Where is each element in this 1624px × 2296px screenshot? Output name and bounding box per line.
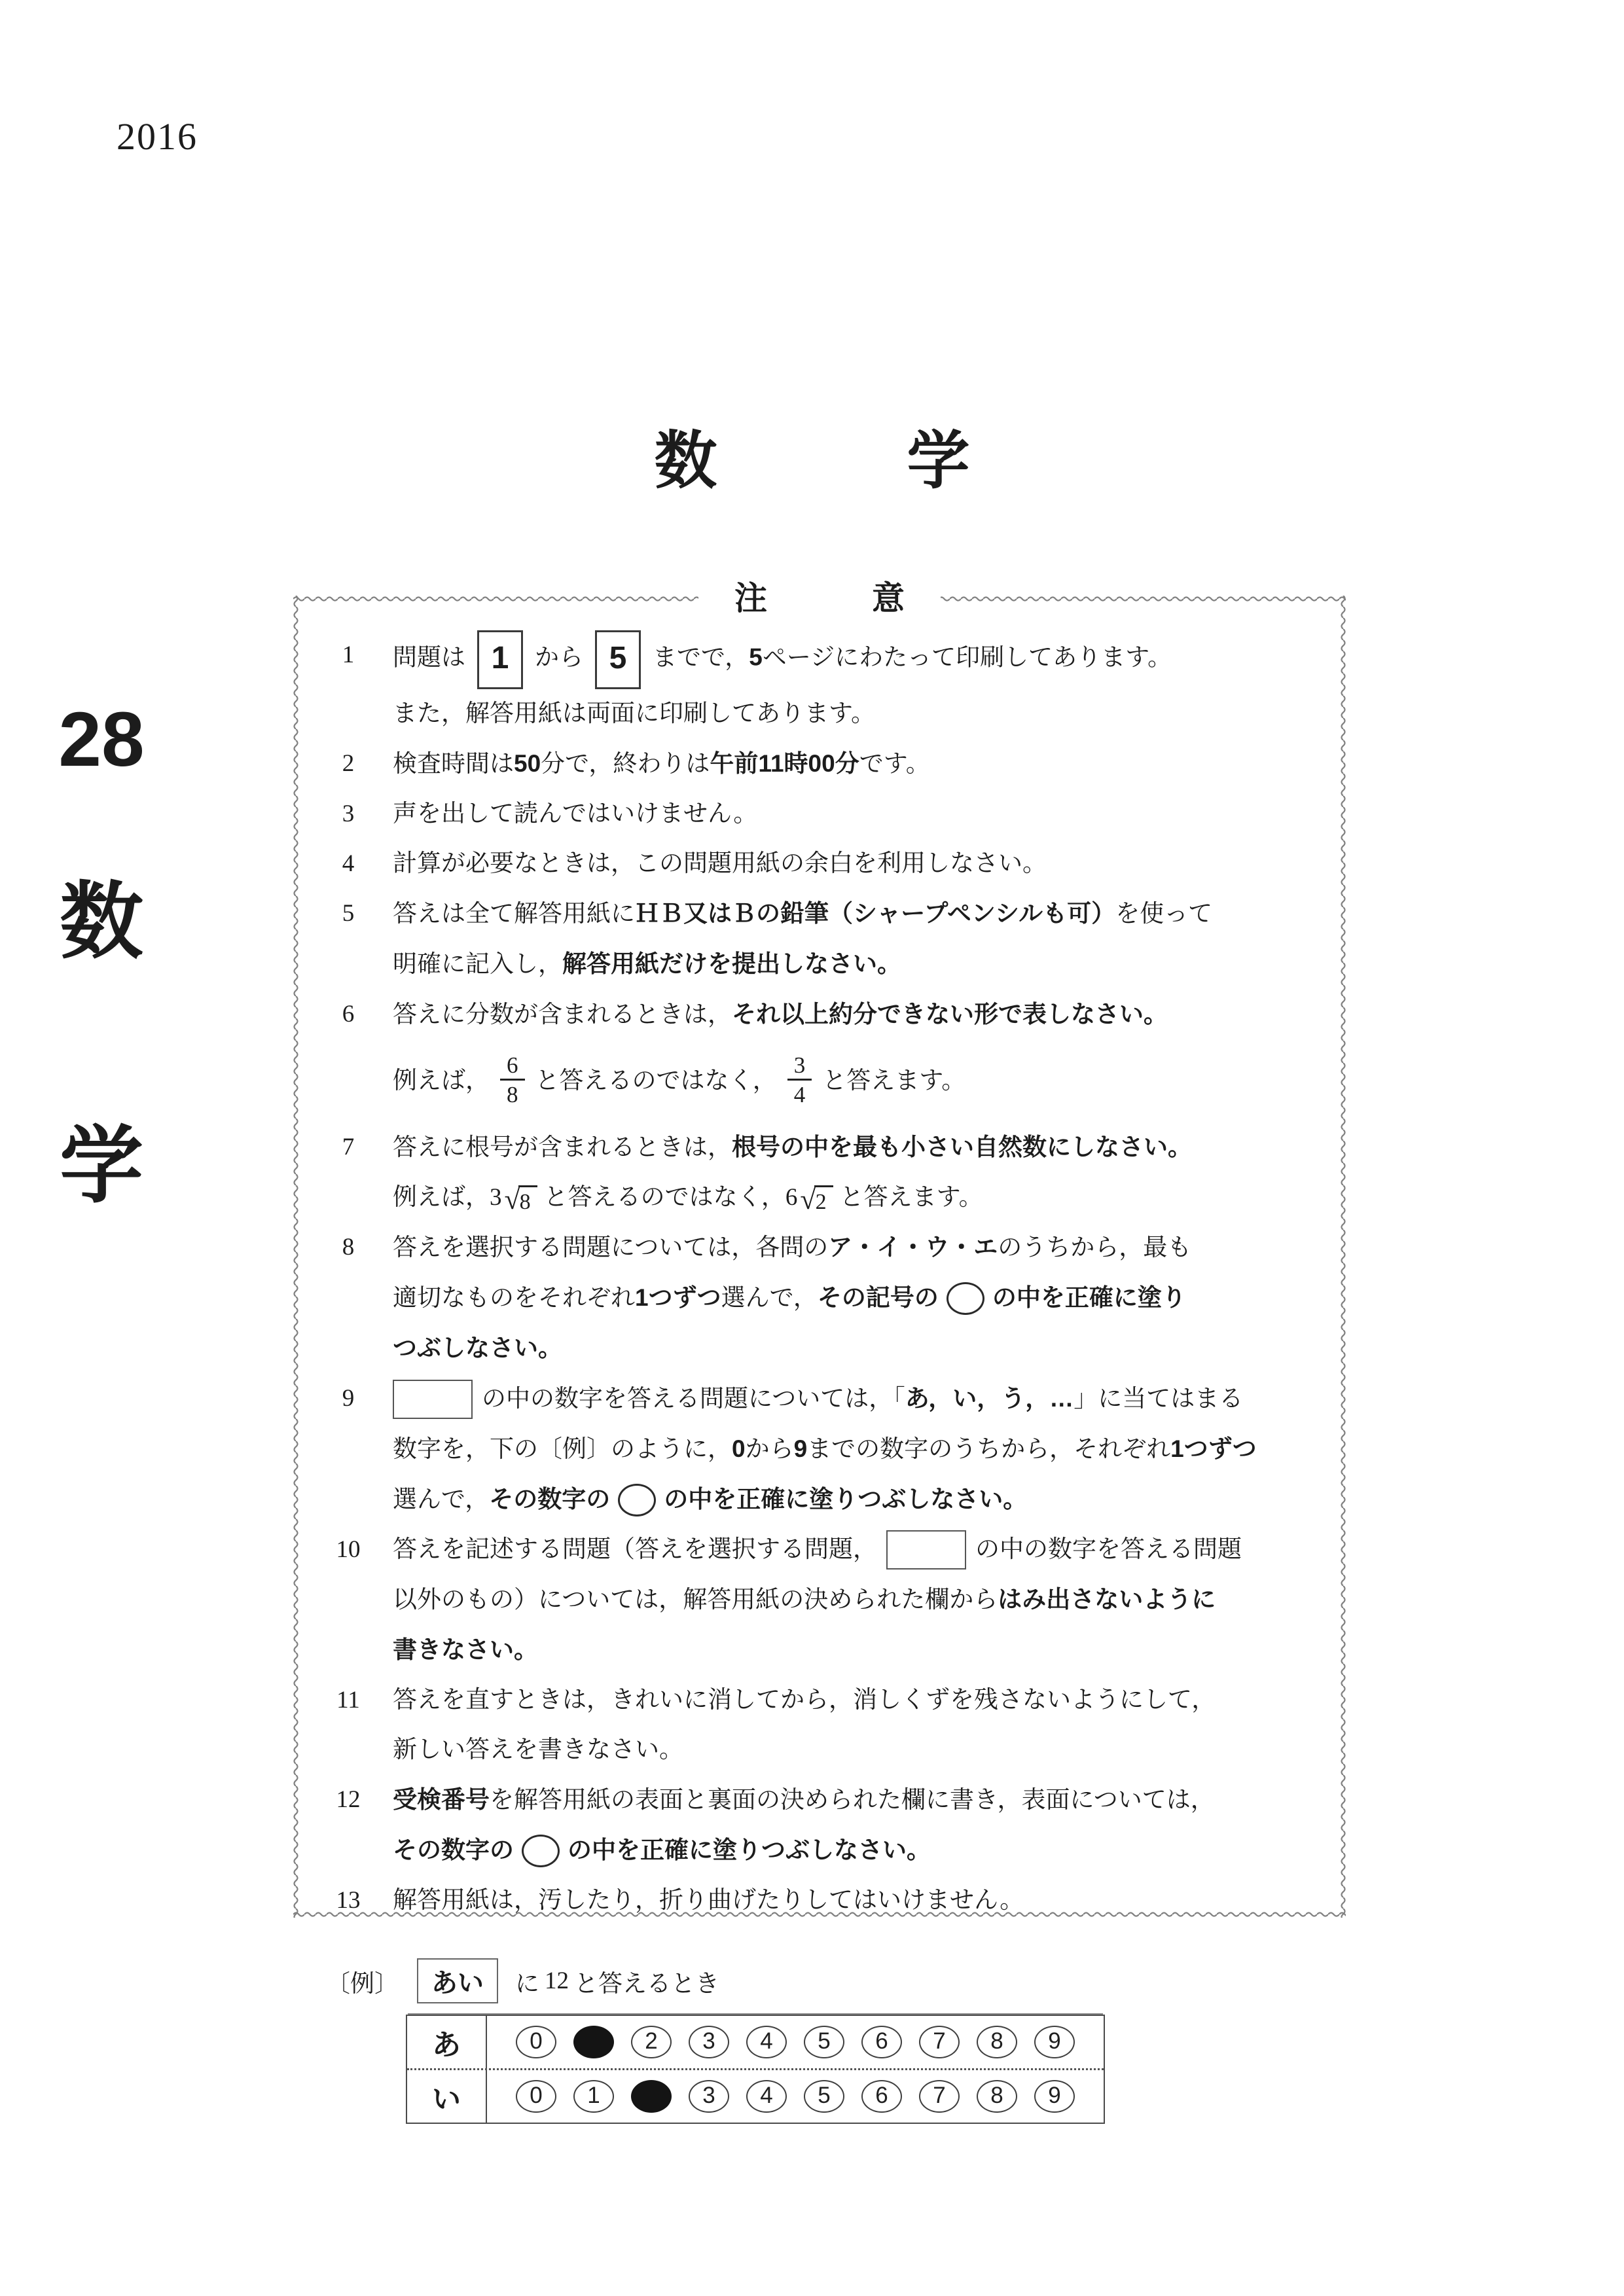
item-line: 答えに分数が含まれるときは，それ以上約分できない形で表しなさい。 [393, 990, 1343, 1040]
item-text: 以外のもの）については，解答用紙の決められた欄から [393, 1587, 998, 1613]
sqrt-coefficient: 3 [490, 1184, 502, 1211]
item-number: 9 [330, 1374, 367, 1424]
fraction: 68 [500, 1052, 525, 1109]
notice-item-list: 1 問題は1から5までで，5ページにわたって印刷してあります。 また，解答用紙は… [296, 630, 1343, 1926]
item-text-bold: あ，い，う，… [905, 1385, 1074, 1412]
fraction: 34 [787, 1052, 812, 1109]
radicand: 2 [814, 1185, 833, 1217]
item-line: 選んで，その数字のの中を正確に塗りつぶしなさい。 [393, 1475, 1343, 1525]
item-text-bold: の中を正確に塗りつぶしなさい。 [568, 1837, 931, 1863]
item-number: 10 [330, 1525, 367, 1575]
bubble-4: 4 [746, 2026, 787, 2058]
item-number: 6 [330, 990, 367, 1039]
sqrt-coefficient: 6 [785, 1184, 798, 1211]
item-number: 8 [330, 1223, 367, 1272]
spine-subject-char-2: 学 [52, 1098, 151, 1219]
answer-blank-box [393, 1380, 473, 1419]
notice-item-13: 13 解答用紙は，汚したり，折り曲げたりしてはいけません。 [296, 1876, 1343, 1926]
item-line: 書きなさい。 [393, 1625, 1343, 1676]
item-text: 明確に記入し， [393, 951, 562, 978]
item-line: 答えを記述する問題（答えを選択する問題，の中の数字を答える問題 [393, 1525, 1343, 1575]
item-text: を解答用紙の表面と裏面の決められた欄に書き，表面については， [490, 1787, 1215, 1814]
item-line: 例えば，68と答えるのではなく，34と答えます。 [393, 1040, 1343, 1122]
item-text: 」に当てはまる [1074, 1386, 1243, 1412]
item-text-bold: の中を正確に塗りつぶしなさい。 [664, 1486, 1027, 1513]
example-caption-text: と答えるとき [574, 1964, 719, 1999]
sqrt-expression: √8 [505, 1185, 537, 1217]
bubble-5: 5 [804, 2080, 844, 2113]
bubble-2: 2 [631, 2026, 672, 2058]
item-line: 例えば，3√8と答えるのではなく，6√2と答えます。 [393, 1173, 1343, 1223]
item-line: 計算が必要なときは，この問題用紙の余白を利用しなさい。 [393, 839, 1343, 889]
item-text-bold: ＨＢ又はＢの鉛筆（シャープペンシルも可） [635, 900, 1115, 927]
item-text: と答えます。 [840, 1184, 983, 1211]
bubble-0: 0 [516, 2080, 556, 2113]
answer-blank-box [886, 1530, 966, 1570]
item-text-bold: 受検番号 [393, 1786, 490, 1813]
item-text: と答えます。 [822, 1067, 965, 1094]
item-line: 答えを直すときは，きれいに消してから，消しくずを残さないようにして， [393, 1676, 1343, 1725]
bubble-5: 5 [804, 2026, 844, 2058]
item-number: 13 [330, 1876, 367, 1926]
bubble-3: 3 [689, 2026, 729, 2058]
item-text: を使って [1115, 901, 1212, 927]
row-label: い [407, 2070, 487, 2123]
radicand: 8 [518, 1185, 537, 1217]
bubble-cells: 0 1 2 3 4 5 6 7 8 9 [487, 2080, 1104, 2113]
sqrt-expression: √2 [800, 1185, 833, 1217]
item-line: 答えは全て解答用紙にＨＢ又はＢの鉛筆（シャープペンシルも可）を使って [393, 889, 1343, 939]
exam-title-char-1: 数 [655, 411, 717, 501]
bubble-0: 0 [516, 2026, 556, 2058]
item-text: までの数字のうちから，それぞれ [807, 1436, 1170, 1463]
item-line: 新しい答えを書きなさい。 [393, 1725, 1343, 1775]
item-line: 答えに根号が含まれるときは，根号の中を最も小さい自然数にしなさい。 [393, 1122, 1343, 1173]
notice-heading: 注 意 [698, 577, 941, 620]
item-line: 声を出して読んではいけません。 [393, 789, 1343, 839]
notice-item-11: 11 答えを直すときは，きれいに消してから，消しくずを残さないようにして， 新し… [296, 1676, 1343, 1775]
item-text-bold: 0 [732, 1435, 746, 1462]
item-text-bold: 根号の中を最も小さい自然数にしなさい。 [732, 1134, 1192, 1160]
bubble-6: 6 [861, 2080, 902, 2113]
mark-circle-icon [522, 1835, 560, 1867]
example-caption: 〔例〕 あい に 12 と答えるとき [326, 1958, 719, 2003]
item-number: 5 [330, 889, 367, 939]
item-line: 問題は1から5までで，5ページにわたって印刷してあります。 [393, 630, 1343, 689]
item-line: 適切なものをそれぞれ1つずつ選んで，その記号のの中を正確に塗り [393, 1273, 1343, 1323]
notice-box: 注 意 1 問題は1から5までで，5ページにわたって印刷してあります。 また，解… [296, 599, 1343, 1914]
notice-item-8: 8 答えを選択する問題については，各問のア・イ・ウ・エのうちから，最も 適切なも… [296, 1223, 1343, 1374]
item-text: 検査時間は [393, 751, 514, 778]
item-number: 12 [330, 1775, 367, 1825]
item-line: 解答用紙は，汚したり，折り曲げたりしてはいけません。 [393, 1876, 1343, 1926]
item-text-bold: その記号の [818, 1284, 939, 1311]
spine-subject-char-1: 数 [52, 854, 151, 975]
item-text: 声を出して読んではいけません。 [393, 800, 757, 827]
row-label: あ [407, 2016, 487, 2068]
notice-item-4: 4 計算が必要なときは，この問題用紙の余白を利用しなさい。 [296, 839, 1343, 889]
notice-item-5: 5 答えは全て解答用紙にＨＢ又はＢの鉛筆（シャープペンシルも可）を使って 明確に… [296, 889, 1343, 990]
bubble-4: 4 [746, 2080, 787, 2113]
example-caption-number: 12 [545, 1967, 569, 1995]
item-text-bold: 9 [794, 1435, 808, 1462]
item-line: 明確に記入し，解答用紙だけを提出しなさい。 [393, 939, 1343, 990]
boxed-problem-number: 5 [595, 630, 641, 689]
item-text-bold: 解答用紙だけを提出しなさい。 [562, 950, 901, 977]
item-text: のうちから，最も [998, 1234, 1191, 1261]
item-text: 答えを記述する問題（答えを選択する問題， [393, 1536, 877, 1563]
item-text: 解答用紙は，汚したり，折り曲げたりしてはいけません。 [393, 1887, 1024, 1914]
example-caption-text: に [515, 1964, 539, 1999]
item-text: 例えば， [393, 1067, 490, 1094]
item-text-bold: その数字の [489, 1486, 610, 1513]
mark-circle-icon [618, 1484, 656, 1516]
bubble-2-filled: 2 [631, 2080, 672, 2113]
item-text-bold: 50 [514, 750, 541, 777]
item-text-bold: 5 [749, 643, 763, 670]
bubble-7: 7 [919, 2026, 960, 2058]
item-text: と答えるのではなく， [544, 1184, 785, 1211]
notice-item-3: 3 声を出して読んではいけません。 [296, 789, 1343, 839]
bubble-9: 9 [1034, 2080, 1075, 2113]
item-text-bold: ア・イ・ウ・エ [828, 1234, 998, 1261]
item-line: 以外のもの）については，解答用紙の決められた欄からはみ出さないように [393, 1575, 1343, 1625]
item-text-bold: の中を正確に塗り [992, 1284, 1186, 1311]
item-text-bold: 午前11時00分 [710, 750, 859, 777]
example-answer-box: あい [417, 1958, 498, 2003]
item-number: 1 [330, 630, 367, 680]
example-tag: 〔例〕 [326, 1964, 399, 1999]
item-number: 2 [330, 739, 367, 789]
item-text: までで， [653, 644, 749, 671]
notice-item-6: 6 答えに分数が含まれるときは，それ以上約分できない形で表しなさい。 例えば，6… [296, 990, 1343, 1122]
item-text: の中の数字を答える問題については，「 [482, 1386, 905, 1412]
bubble-1: 1 [573, 2080, 614, 2113]
item-line: つぶしなさい。 [393, 1323, 1343, 1374]
item-text: ページにわたって印刷してあります。 [763, 644, 1172, 671]
item-text: 適切なものをそれぞれ [393, 1285, 635, 1312]
exam-title: 数 学 [0, 411, 1624, 501]
item-text: 選んで， [721, 1285, 818, 1312]
item-number: 7 [330, 1122, 367, 1172]
item-text: 分で，終わりは [541, 751, 710, 778]
item-line: の中の数字を答える問題については，「あ，い，う，…」に当てはまる [393, 1374, 1343, 1424]
item-text-bold: 1つずつ [635, 1284, 721, 1311]
item-text-bold: はみ出さないように [998, 1586, 1216, 1613]
item-line: 検査時間は50分で，終わりは午前11時00分です。 [393, 739, 1343, 789]
item-text: です。 [859, 751, 930, 778]
item-text: 答えは全て解答用紙に [393, 901, 635, 927]
notice-item-7: 7 答えに根号が含まれるときは，根号の中を最も小さい自然数にしなさい。 例えば，… [296, 1122, 1343, 1223]
bubble-cells: 0 1 2 3 4 5 6 7 8 9 [487, 2026, 1104, 2058]
boxed-problem-number: 1 [477, 630, 523, 689]
item-number: 11 [330, 1676, 367, 1725]
bubble-9: 9 [1034, 2026, 1075, 2058]
item-number: 4 [330, 839, 367, 889]
spine-year-number: 28 [52, 695, 151, 784]
item-text-bold: 書きなさい。 [393, 1636, 538, 1663]
exam-title-char-2: 学 [907, 411, 970, 501]
bubble-7: 7 [919, 2080, 960, 2113]
item-text: 答えに分数が含まれるときは， [393, 1001, 732, 1028]
item-text: から [535, 644, 583, 671]
item-text: 選んで， [393, 1486, 489, 1513]
item-line: また，解答用紙は両面に印刷してあります。 [393, 689, 1343, 739]
notice-item-2: 2 検査時間は50分で，終わりは午前11時00分です。 [296, 739, 1343, 789]
mark-circle-icon [947, 1282, 984, 1315]
item-text: 数字を，下の〔例〕のように， [393, 1436, 732, 1463]
bubble-table: あ 0 1 2 3 4 5 6 7 8 9 い 0 1 2 3 4 5 6 7 … [406, 2015, 1105, 2124]
bubble-8: 8 [977, 2080, 1017, 2113]
item-line: 数字を，下の〔例〕のように，0から9までの数字のうちから，それぞれ1つずつ [393, 1424, 1343, 1475]
item-text: 答えを選択する問題については，各問の [393, 1234, 828, 1261]
notice-heading-char-2: 意 [872, 577, 905, 620]
item-line: 受検番号を解答用紙の表面と裏面の決められた欄に書き，表面については， [393, 1775, 1343, 1825]
item-text: と答えるのではなく， [535, 1067, 777, 1094]
notice-item-12: 12 受検番号を解答用紙の表面と裏面の決められた欄に書き，表面については， その… [296, 1775, 1343, 1876]
item-text-bold: 1つずつ [1170, 1435, 1257, 1462]
item-text: から [746, 1436, 794, 1463]
fraction-denominator: 4 [787, 1079, 812, 1108]
bubble-row-i: い 0 1 2 3 4 5 6 7 8 9 [407, 2068, 1104, 2123]
fraction-numerator: 3 [787, 1052, 812, 1079]
item-text: 新しい答えを書きなさい。 [393, 1736, 683, 1763]
bubble-3: 3 [689, 2080, 729, 2113]
item-text: 例えば， [393, 1184, 490, 1211]
item-text-bold: それ以上約分できない形で表しなさい。 [732, 1001, 1168, 1028]
notice-heading-char-1: 注 [734, 577, 767, 620]
item-text: また，解答用紙は両面に印刷してあります。 [393, 700, 875, 727]
fraction-numerator: 6 [500, 1052, 525, 1079]
bubble-6: 6 [861, 2026, 902, 2058]
item-line: その数字のの中を正確に塗りつぶしなさい。 [393, 1825, 1343, 1876]
bubble-8: 8 [977, 2026, 1017, 2058]
item-text: 問題は [393, 644, 465, 671]
item-text: の中の数字を答える問題 [975, 1536, 1242, 1563]
bubble-row-a: あ 0 1 2 3 4 5 6 7 8 9 [407, 2016, 1104, 2068]
item-line: 答えを選択する問題については，各問のア・イ・ウ・エのうちから，最も [393, 1223, 1343, 1273]
item-text-bold: その数字の [393, 1837, 514, 1863]
item-number: 3 [330, 789, 367, 839]
item-text-bold: つぶしなさい。 [393, 1335, 562, 1361]
notice-item-1: 1 問題は1から5までで，5ページにわたって印刷してあります。 また，解答用紙は… [296, 630, 1343, 739]
notice-item-9: 9 の中の数字を答える問題については，「あ，い，う，…」に当てはまる 数字を，下… [296, 1374, 1343, 1525]
item-text: 計算が必要なときは，この問題用紙の余白を利用しなさい。 [393, 850, 1047, 877]
notice-item-10: 10 答えを記述する問題（答えを選択する問題，の中の数字を答える問題 以外のもの… [296, 1525, 1343, 1676]
year-label: 2016 [117, 115, 198, 158]
item-text: 答えに根号が含まれるときは， [393, 1134, 732, 1161]
bubble-1-filled: 1 [573, 2026, 614, 2058]
item-text: 答えを直すときは，きれいに消してから，消しくずを残さないようにして， [393, 1687, 1216, 1713]
fraction-denominator: 8 [500, 1079, 525, 1108]
